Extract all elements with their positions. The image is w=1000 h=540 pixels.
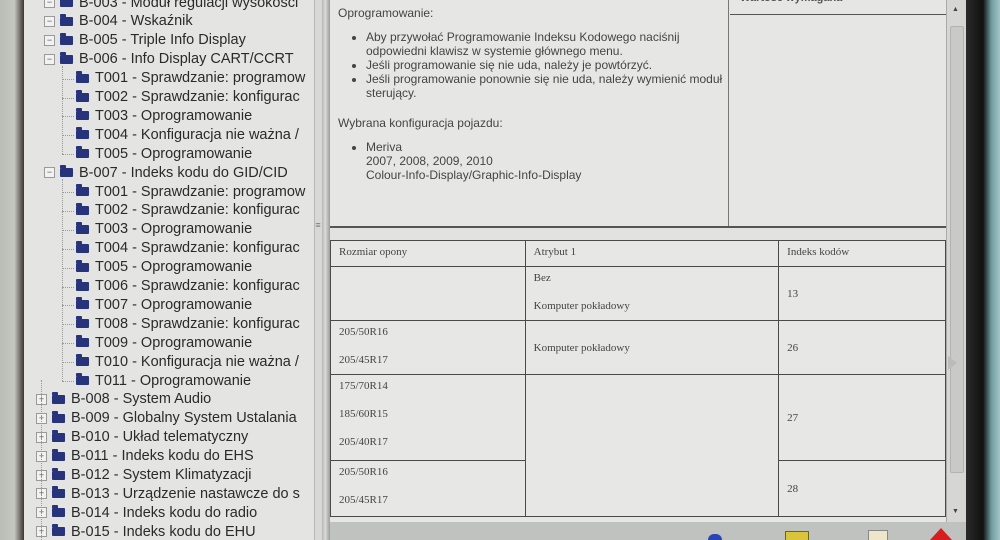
code-index-cell: 13 bbox=[779, 267, 946, 321]
tire-size-cell: 205/50R16205/45R17 bbox=[331, 461, 526, 517]
tree-item-b-007-t001[interactable]: T001 - Sprawdzanie: programow bbox=[76, 182, 305, 201]
tree-item-b-004[interactable]: −B-004 - Wskaźnik bbox=[44, 12, 193, 31]
attribute-cell: Komputer pokładowy bbox=[525, 321, 779, 375]
info-icon[interactable] bbox=[708, 534, 722, 540]
attribute-value: Komputer pokładowy bbox=[534, 341, 771, 355]
tree-connector bbox=[62, 249, 74, 250]
tree-connector bbox=[62, 192, 74, 193]
tree-item-b-006-t005[interactable]: T005 - Oprogramowanie bbox=[76, 144, 252, 163]
spacer bbox=[330, 228, 946, 240]
folder-icon bbox=[52, 452, 65, 461]
instruction-item: Aby przywołać Programowanie Indeksu Kodo… bbox=[366, 30, 728, 58]
tree-item-label: T008 - Sprawdzanie: konfigurac bbox=[95, 316, 300, 332]
folder-icon bbox=[52, 527, 65, 536]
tree-item-b-013[interactable]: +B-013 - Urządzenie nastawcze do s bbox=[36, 484, 300, 503]
tree-item-b-003[interactable]: −B-003 - Moduł regulacji wysokości bbox=[44, 0, 298, 12]
tree-connector bbox=[62, 116, 74, 117]
attribute-value: Komputer pokładowy bbox=[534, 299, 771, 313]
note-icon[interactable] bbox=[868, 530, 888, 540]
tree-item-b-007-t004[interactable]: T004 - Sprawdzanie: konfigurac bbox=[76, 239, 300, 258]
tree-item-label: T009 - Oprogramowanie bbox=[95, 335, 252, 351]
tree-item-label: B-012 - System Klimatyzacji bbox=[71, 467, 252, 483]
tree-connector bbox=[62, 362, 74, 363]
col-header-code-index: Indeks kodów bbox=[779, 241, 946, 267]
print-icon[interactable] bbox=[785, 531, 809, 540]
tree-connector bbox=[62, 305, 74, 306]
folder-icon bbox=[52, 471, 65, 480]
tree-connector bbox=[62, 268, 74, 269]
attribute-cell bbox=[525, 375, 779, 517]
tree-connector bbox=[62, 179, 63, 381]
tire-size: 185/60R15 bbox=[339, 407, 517, 421]
tree-item-b-009[interactable]: +B-009 - Globalny System Ustalania bbox=[36, 409, 297, 428]
folder-icon bbox=[76, 319, 89, 328]
folder-icon bbox=[76, 187, 89, 196]
folder-icon bbox=[76, 263, 89, 272]
table-row: 175/70R14185/60R15205/40R1727 bbox=[331, 375, 946, 461]
folder-icon bbox=[52, 489, 65, 498]
code-index-cell: 28 bbox=[779, 461, 946, 517]
tire-size: 205/45R17 bbox=[339, 353, 517, 367]
folder-icon bbox=[76, 149, 89, 158]
component-tree[interactable]: −B-003 - Moduł regulacji wysokości−B-004… bbox=[24, 0, 314, 540]
tree-connector bbox=[62, 324, 74, 325]
tree-connector bbox=[62, 135, 74, 136]
tree-item-label: T003 - Oprogramowanie bbox=[95, 221, 252, 237]
tree-item-b-007-t011[interactable]: T011 - Oprogramowanie bbox=[76, 371, 251, 390]
tire-size: 175/70R14 bbox=[339, 379, 517, 393]
tree-item-b-008[interactable]: +B-008 - System Audio bbox=[36, 390, 211, 409]
screen-bezel-right bbox=[966, 0, 1000, 540]
tree-connector bbox=[62, 230, 74, 231]
tree-item-label: T001 - Sprawdzanie: programow bbox=[95, 70, 305, 86]
tree-item-label: B-009 - Globalny System Ustalania bbox=[71, 410, 297, 426]
tree-item-label: T010 - Konfiguracja nie ważna / bbox=[95, 354, 299, 370]
tire-size-cell: 205/50R16205/45R17 bbox=[331, 321, 526, 375]
folder-icon bbox=[76, 74, 89, 83]
tree-item-b-011[interactable]: +B-011 - Indeks kodu do EHS bbox=[36, 447, 254, 466]
tree-item-label: B-005 - Triple Info Display bbox=[79, 32, 246, 48]
panel-splitter[interactable] bbox=[322, 0, 330, 540]
tree-connector bbox=[62, 343, 74, 344]
tree-item-label: T004 - Sprawdzanie: konfigurac bbox=[95, 240, 300, 256]
info-box: Wartość wymagana Oprogramowanie: Aby prz… bbox=[330, 0, 946, 228]
tree-item-b-014[interactable]: +B-014 - Indeks kodu do radio bbox=[36, 503, 257, 522]
folder-icon bbox=[76, 357, 89, 366]
tree-item-b-007-t008[interactable]: T008 - Sprawdzanie: konfigurac bbox=[76, 314, 300, 333]
scrollbar-thumb[interactable] bbox=[950, 26, 964, 473]
tree-item-b-007-t009[interactable]: T009 - Oprogramowanie bbox=[76, 333, 252, 352]
tree-item-label: T002 - Sprawdzanie: konfigurac bbox=[95, 89, 300, 105]
tree-connector bbox=[41, 380, 42, 540]
tire-size: 205/50R16 bbox=[339, 325, 517, 339]
folder-icon bbox=[76, 93, 89, 102]
tree-item-b-010[interactable]: +B-010 - Układ telematyczny bbox=[36, 428, 248, 447]
tree-connector bbox=[62, 211, 74, 212]
folder-icon bbox=[60, 168, 73, 177]
tree-item-b-006-t004[interactable]: T004 - Konfiguracja nie ważna / bbox=[76, 125, 299, 144]
tree-item-b-006-t003[interactable]: T003 - Oprogramowanie bbox=[76, 106, 252, 125]
info-text: Oprogramowanie: Aby przywołać Programowa… bbox=[338, 6, 728, 182]
screen-bezel-left bbox=[0, 0, 24, 540]
tree-item-label: B-004 - Wskaźnik bbox=[79, 13, 193, 29]
tree-item-label: B-011 - Indeks kodu do EHS bbox=[71, 448, 254, 464]
tree-connector bbox=[62, 98, 74, 99]
tree-item-b-007-t006[interactable]: T006 - Sprawdzanie: konfigurac bbox=[76, 277, 300, 296]
tree-item-label: B-007 - Indeks kodu do GID/CID bbox=[79, 165, 288, 181]
tree-item-b-005[interactable]: −B-005 - Triple Info Display bbox=[44, 31, 246, 50]
attribute-value: Bez bbox=[534, 271, 771, 285]
tree-item-b-015[interactable]: +B-015 - Indeks kodu do EHU bbox=[36, 522, 256, 540]
tree-item-b-007[interactable]: −B-007 - Indeks kodu do GID/CID bbox=[44, 163, 288, 182]
tree-item-label: T002 - Sprawdzanie: konfigurac bbox=[95, 202, 300, 218]
folder-icon bbox=[76, 130, 89, 139]
mouse-cursor-icon bbox=[948, 356, 957, 370]
tree-item-b-007-t007[interactable]: T007 - Oprogramowanie bbox=[76, 295, 252, 314]
content-pane: Wartość wymagana Oprogramowanie: Aby prz… bbox=[330, 0, 946, 540]
tree-item-b-007-t003[interactable]: T003 - Oprogramowanie bbox=[76, 220, 252, 239]
config-model: Meriva bbox=[366, 140, 402, 154]
bottom-toolbar bbox=[330, 522, 966, 540]
folder-icon bbox=[76, 282, 89, 291]
tree-item-label: B-003 - Moduł regulacji wysokości bbox=[79, 0, 298, 11]
config-display: Colour-Info-Display/Graphic-Info-Display bbox=[366, 168, 581, 182]
folder-icon bbox=[60, 55, 73, 64]
tree-item-b-007-t010[interactable]: T010 - Konfiguracja nie ważna / bbox=[76, 352, 299, 371]
tree-item-label: T004 - Konfiguracja nie ważna / bbox=[95, 127, 299, 143]
collapse-icon[interactable]: − bbox=[44, 0, 55, 8]
folder-icon bbox=[76, 206, 89, 215]
folder-icon bbox=[60, 0, 73, 7]
tree-connector bbox=[62, 287, 74, 288]
scroll-up-icon[interactable]: ▲ bbox=[952, 6, 959, 13]
folder-icon bbox=[76, 376, 89, 385]
tree-item-b-007-t005[interactable]: T005 - Oprogramowanie bbox=[76, 258, 252, 277]
tire-size: 205/45R17 bbox=[339, 493, 517, 507]
tire-size: 205/40R17 bbox=[339, 435, 517, 449]
tree-item-label: T011 - Oprogramowanie bbox=[95, 373, 251, 389]
tree-item-label: B-010 - Układ telematyczny bbox=[71, 429, 248, 445]
tire-size-cell bbox=[331, 267, 526, 321]
tree-item-label: T001 - Sprawdzanie: programow bbox=[95, 184, 305, 200]
collapse-icon[interactable]: − bbox=[44, 167, 55, 178]
tree-item-label: T003 - Oprogramowanie bbox=[95, 108, 252, 124]
tree-item-label: T006 - Sprawdzanie: konfigurac bbox=[95, 278, 300, 294]
folder-icon bbox=[76, 111, 89, 120]
tree-item-label: T005 - Oprogramowanie bbox=[95, 146, 252, 162]
tree-item-b-006[interactable]: −B-006 - Info Display CART/CCRT bbox=[44, 50, 294, 69]
table-row: BezKomputer pokładowy13 bbox=[331, 267, 946, 321]
config-item: Meriva 2007, 2008, 2009, 2010 Colour-Inf… bbox=[366, 140, 728, 182]
attribute-cell: BezKomputer pokładowy bbox=[525, 267, 779, 321]
tree-item-label: B-014 - Indeks kodu do radio bbox=[71, 505, 257, 521]
table-row: 205/50R16205/45R17Komputer pokładowy26 bbox=[331, 321, 946, 375]
folder-icon bbox=[76, 300, 89, 309]
instruction-list: Aby przywołać Programowanie Indeksu Kodo… bbox=[338, 30, 728, 100]
instruction-item: Jeśli programowanie ponownie się nie uda… bbox=[366, 72, 728, 100]
tire-code-table: Rozmiar opony Atrybut 1 Indeks kodów Bez… bbox=[330, 240, 946, 517]
config-list: Meriva 2007, 2008, 2009, 2010 Colour-Inf… bbox=[338, 140, 728, 182]
folder-icon bbox=[52, 508, 65, 517]
folder-icon bbox=[60, 36, 73, 45]
tree-item-b-007-t002[interactable]: T002 - Sprawdzanie: konfigurac bbox=[76, 201, 300, 220]
tree-item-label: B-015 - Indeks kodu do EHU bbox=[71, 524, 256, 540]
tree-connector bbox=[62, 66, 63, 155]
code-index-cell: 27 bbox=[779, 375, 946, 461]
folder-icon bbox=[52, 414, 65, 423]
tree-connector bbox=[62, 381, 74, 382]
tree-item-label: T005 - Oprogramowanie bbox=[95, 259, 252, 275]
tree-connector bbox=[62, 154, 74, 155]
warning-icon[interactable] bbox=[930, 528, 952, 540]
folder-icon bbox=[60, 17, 73, 26]
instruction-item: Jeśli programowanie się nie uda, należy … bbox=[366, 58, 728, 72]
tire-size-cell: 175/70R14185/60R15205/40R17 bbox=[331, 375, 526, 461]
collapse-icon[interactable]: − bbox=[44, 35, 55, 46]
tree-item-label: B-013 - Urządzenie nastawcze do s bbox=[71, 486, 300, 502]
tree-item-label: B-006 - Info Display CART/CCRT bbox=[79, 51, 294, 67]
collapse-icon[interactable]: − bbox=[44, 16, 55, 27]
folder-icon bbox=[76, 338, 89, 347]
tree-item-b-012[interactable]: +B-012 - System Klimatyzacji bbox=[36, 466, 252, 485]
folder-icon bbox=[52, 395, 65, 404]
section-title: Oprogramowanie: bbox=[338, 6, 728, 20]
folder-icon bbox=[76, 225, 89, 234]
scroll-down-icon[interactable]: ▼ bbox=[952, 508, 959, 515]
col-header-tire-size: Rozmiar opony bbox=[331, 241, 526, 267]
splitter-grip-icon[interactable]: ≡ bbox=[314, 220, 322, 230]
folder-icon bbox=[52, 433, 65, 442]
column-divider bbox=[728, 0, 729, 226]
tire-size: 205/50R16 bbox=[339, 465, 517, 479]
code-index-cell: 26 bbox=[779, 321, 946, 375]
tree-connector bbox=[62, 79, 74, 80]
collapse-icon[interactable]: − bbox=[44, 54, 55, 65]
tree-item-b-006-t002[interactable]: T002 - Sprawdzanie: konfigurac bbox=[76, 88, 300, 107]
tree-item-label: B-008 - System Audio bbox=[71, 391, 211, 407]
tree-item-label: T007 - Oprogramowanie bbox=[95, 297, 252, 313]
required-value-header: Wartość wymagana bbox=[740, 0, 842, 4]
config-title: Wybrana konfiguracja pojazdu: bbox=[338, 116, 728, 130]
tree-item-b-006-t001[interactable]: T001 - Sprawdzanie: programow bbox=[76, 69, 305, 88]
config-years: 2007, 2008, 2009, 2010 bbox=[366, 154, 493, 168]
folder-icon bbox=[76, 244, 89, 253]
col-header-attribute: Atrybut 1 bbox=[525, 241, 779, 267]
